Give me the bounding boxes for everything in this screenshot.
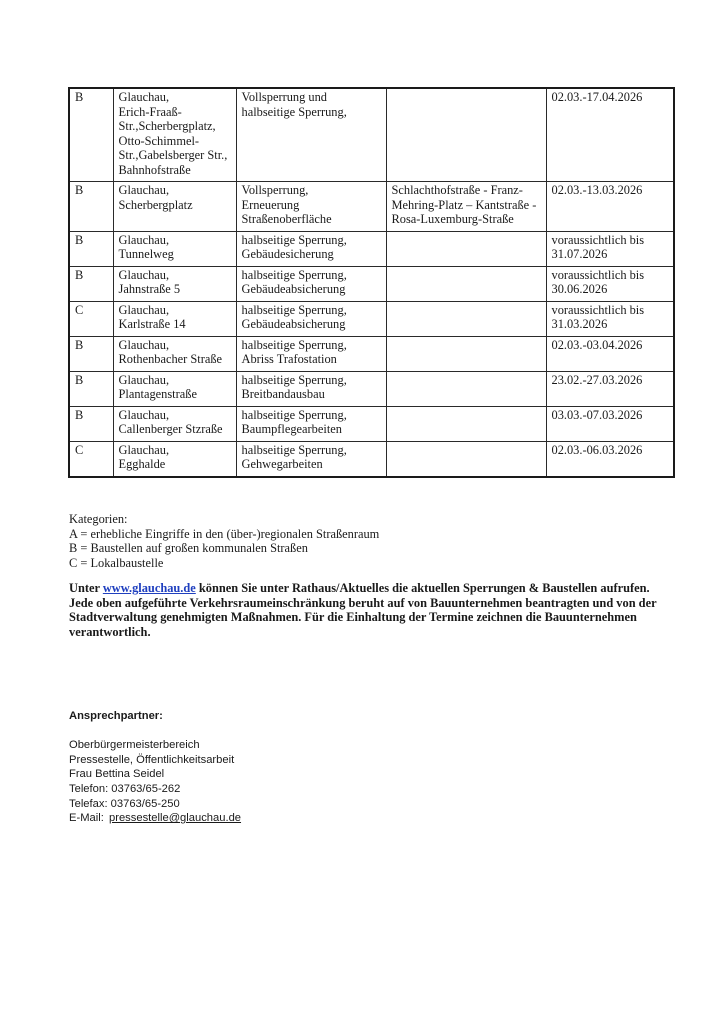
categories-heading: Kategorien: [69, 512, 379, 527]
cell-category: B [69, 182, 113, 232]
cell-detour: Schlachthofstraße - Franz-Mehring-Platz … [386, 182, 546, 232]
category-c: C = Lokalbaustelle [69, 556, 379, 571]
email-label: E-Mail: [69, 811, 109, 826]
cell-text-line: 03.03.-07.03.2026 [552, 408, 670, 423]
cell-closure-type: halbseitige Sperrung,Gebäudesicherung [236, 231, 386, 266]
contact-block: Ansprechpartner: Oberbürgermeisterbereic… [69, 709, 241, 826]
cell-closure-type: halbseitige Sperrung,Gebäudeabsicherung [236, 266, 386, 301]
cell-closure-type: Vollsperrung,ErneuerungStraßenoberfläche [236, 182, 386, 232]
table-row: BGlauchau,Plantagenstraßehalbseitige Spe… [69, 371, 674, 406]
cell-text: B [75, 233, 109, 248]
cell-location: Glauchau,Tunnelweg [113, 231, 236, 266]
cell-text-line: Mehring-Platz – Kantstraße - [392, 198, 542, 213]
cell-period: 23.02.-27.03.2026 [546, 371, 674, 406]
table-row: BGlauchau,Erich-Fraaß-Str.,Scherbergplat… [69, 88, 674, 182]
cell-period: voraussichtlich bis30.06.2026 [546, 266, 674, 301]
cell-period: voraussichtlich bis31.03.2026 [546, 301, 674, 336]
cell-text-line: halbseitige Sperrung, [242, 338, 382, 353]
cell-category: C [69, 441, 113, 477]
table-row: BGlauchau,Jahnstraße 5halbseitige Sperru… [69, 266, 674, 301]
cell-text-line: 02.03.-03.04.2026 [552, 338, 670, 353]
contact-department: Oberbürgermeisterbereich [69, 738, 241, 753]
cell-period: 03.03.-07.03.2026 [546, 406, 674, 441]
cell-period: voraussichtlich bis31.07.2026 [546, 231, 674, 266]
cell-detour [386, 231, 546, 266]
cell-text-line: Glauchau, [119, 408, 232, 423]
cell-category: B [69, 231, 113, 266]
cell-text-line: Gebäudeabsicherung [242, 317, 382, 332]
cell-closure-type: halbseitige Sperrung,Gehwegarbeiten [236, 441, 386, 477]
cell-detour [386, 266, 546, 301]
cell-location: Glauchau,Jahnstraße 5 [113, 266, 236, 301]
cell-text-line: Callenberger Stzraße [119, 422, 232, 437]
cell-text-line: Str.,Gabelsberger Str., [119, 148, 232, 163]
cell-text: B [75, 90, 109, 105]
category-b: B = Baustellen auf großen kommunalen Str… [69, 541, 379, 556]
table-row: BGlauchau,Callenberger Stzraßehalbseitig… [69, 406, 674, 441]
table-row: BGlauchau,Rothenbacher Straßehalbseitige… [69, 336, 674, 371]
category-a: A = erhebliche Eingriffe in den (über-)r… [69, 527, 379, 542]
cell-text: B [75, 373, 109, 388]
cell-period: 02.03.-13.03.2026 [546, 182, 674, 232]
cell-closure-type: halbseitige Sperrung,Gebäudeabsicherung [236, 301, 386, 336]
cell-text-line: voraussichtlich bis [552, 268, 670, 283]
cell-text-line: 31.03.2026 [552, 317, 670, 332]
contact-phone: Telefon: 03763/65-262 [69, 782, 241, 797]
table-row: CGlauchau,Karlstraße 14halbseitige Sperr… [69, 301, 674, 336]
cell-text-line: Vollsperrung, [242, 183, 382, 198]
cell-text-line: Scherbergplatz [119, 198, 232, 213]
cell-category: B [69, 371, 113, 406]
cell-text-line: Vollsperrung und [242, 90, 382, 105]
cell-text-line: Rosa-Luxemburg-Straße [392, 212, 542, 227]
cell-period: 02.03.-06.03.2026 [546, 441, 674, 477]
cell-detour [386, 88, 546, 182]
cell-text-line: Glauchau, [119, 303, 232, 318]
cell-category: B [69, 266, 113, 301]
cell-text-line: Glauchau, [119, 268, 232, 283]
cell-text-line: Glauchau, [119, 338, 232, 353]
cell-text-line: halbseitige Sperrung, [242, 268, 382, 283]
cell-text: B [75, 268, 109, 283]
cell-closure-type: halbseitige Sperrung,Baumpflegearbeiten [236, 406, 386, 441]
cell-text-line: Abriss Trafostation [242, 352, 382, 367]
cell-text-line: 02.03.-17.04.2026 [552, 90, 670, 105]
cell-detour [386, 371, 546, 406]
cell-text-line: halbseitige Sperrung, [242, 443, 382, 458]
cell-location: Glauchau,Rothenbacher Straße [113, 336, 236, 371]
cell-text-line: voraussichtlich bis [552, 233, 670, 248]
cell-text-line: Str.,Scherbergplatz, [119, 119, 232, 134]
road-closures-table-body: BGlauchau,Erich-Fraaß-Str.,Scherbergplat… [69, 88, 674, 477]
cell-text-line: Glauchau, [119, 443, 232, 458]
cell-text: B [75, 408, 109, 423]
cell-text: C [75, 443, 109, 458]
cell-text-line: Glauchau, [119, 373, 232, 388]
cell-text: B [75, 183, 109, 198]
cell-category: B [69, 406, 113, 441]
table-row: BGlauchau,ScherbergplatzVollsperrung,Ern… [69, 182, 674, 232]
cell-text-line: halbseitige Sperrung, [242, 303, 382, 318]
email-link[interactable]: pressestelle@glauchau.de [109, 812, 241, 824]
cell-text-line: Karlstraße 14 [119, 317, 232, 332]
cell-text-line: Erich-Fraaß- [119, 105, 232, 120]
table-row: CGlauchau,Egghaldehalbseitige Sperrung,G… [69, 441, 674, 477]
cell-text-line: halbseitige Sperrung, [242, 105, 382, 120]
cell-text-line: halbseitige Sperrung, [242, 373, 382, 388]
cell-text-line: 02.03.-06.03.2026 [552, 443, 670, 458]
contact-person: Frau Bettina Seidel [69, 767, 241, 782]
cell-detour [386, 336, 546, 371]
cell-text-line: 23.02.-27.03.2026 [552, 373, 670, 388]
cell-text-line: Tunnelweg [119, 247, 232, 262]
contact-email-row: E-Mail:pressestelle@glauchau.de [69, 811, 241, 826]
cell-detour [386, 301, 546, 336]
notice-paragraph: Unter www.glauchau.de können Sie unter R… [69, 581, 659, 639]
cell-location: Glauchau,Scherbergplatz [113, 182, 236, 232]
cell-period: 02.03.-17.04.2026 [546, 88, 674, 182]
cell-location: Glauchau,Callenberger Stzraße [113, 406, 236, 441]
cell-text-line: Glauchau, [119, 183, 232, 198]
cell-location: Glauchau,Erich-Fraaß-Str.,Scherbergplatz… [113, 88, 236, 182]
cell-text-line: halbseitige Sperrung, [242, 408, 382, 423]
cell-text-line: Baumpflegearbeiten [242, 422, 382, 437]
cell-text-line: Rothenbacher Straße [119, 352, 232, 367]
road-closures-table: BGlauchau,Erich-Fraaß-Str.,Scherbergplat… [68, 87, 675, 478]
cell-text-line: halbseitige Sperrung, [242, 233, 382, 248]
cell-closure-type: halbseitige Sperrung,Breitbandausbau [236, 371, 386, 406]
cell-text-line: Otto-Schimmel- [119, 134, 232, 149]
cell-text-line: Gehwegarbeiten [242, 457, 382, 472]
cell-detour [386, 441, 546, 477]
cell-location: Glauchau,Karlstraße 14 [113, 301, 236, 336]
categories-legend: Kategorien: A = erhebliche Eingriffe in … [69, 512, 379, 570]
cell-category: C [69, 301, 113, 336]
cell-text-line: Schlachthofstraße - Franz- [392, 183, 542, 198]
cell-text-line: Glauchau, [119, 90, 232, 105]
cell-text-line: Glauchau, [119, 233, 232, 248]
cell-category: B [69, 336, 113, 371]
cell-text-line: Plantagenstraße [119, 387, 232, 402]
website-link[interactable]: www.glauchau.de [103, 581, 196, 595]
cell-text: B [75, 338, 109, 353]
cell-text-line: 02.03.-13.03.2026 [552, 183, 670, 198]
cell-text-line: Straßenoberfläche [242, 212, 382, 227]
table-row: BGlauchau,Tunnelweghalbseitige Sperrung,… [69, 231, 674, 266]
cell-text-line: Bahnhofstraße [119, 163, 232, 178]
cell-location: Glauchau,Egghalde [113, 441, 236, 477]
cell-text-line: Egghalde [119, 457, 232, 472]
cell-period: 02.03.-03.04.2026 [546, 336, 674, 371]
cell-text-line: Gebäudeabsicherung [242, 282, 382, 297]
notice-prefix: Unter [69, 581, 103, 595]
cell-text-line: Gebäudesicherung [242, 247, 382, 262]
cell-closure-type: halbseitige Sperrung,Abriss Trafostation [236, 336, 386, 371]
cell-detour [386, 406, 546, 441]
cell-text: C [75, 303, 109, 318]
cell-location: Glauchau,Plantagenstraße [113, 371, 236, 406]
cell-text-line: Erneuerung [242, 198, 382, 213]
cell-text-line: Jahnstraße 5 [119, 282, 232, 297]
cell-text-line: 31.07.2026 [552, 247, 670, 262]
cell-text-line: 30.06.2026 [552, 282, 670, 297]
contact-fax: Telefax: 03763/65-250 [69, 797, 241, 812]
cell-text-line: voraussichtlich bis [552, 303, 670, 318]
cell-category: B [69, 88, 113, 182]
contact-heading: Ansprechpartner: [69, 709, 241, 724]
contact-office: Pressestelle, Öffentlichkeitsarbeit [69, 753, 241, 768]
cell-closure-type: Vollsperrung undhalbseitige Sperrung, [236, 88, 386, 182]
cell-text-line: Breitbandausbau [242, 387, 382, 402]
